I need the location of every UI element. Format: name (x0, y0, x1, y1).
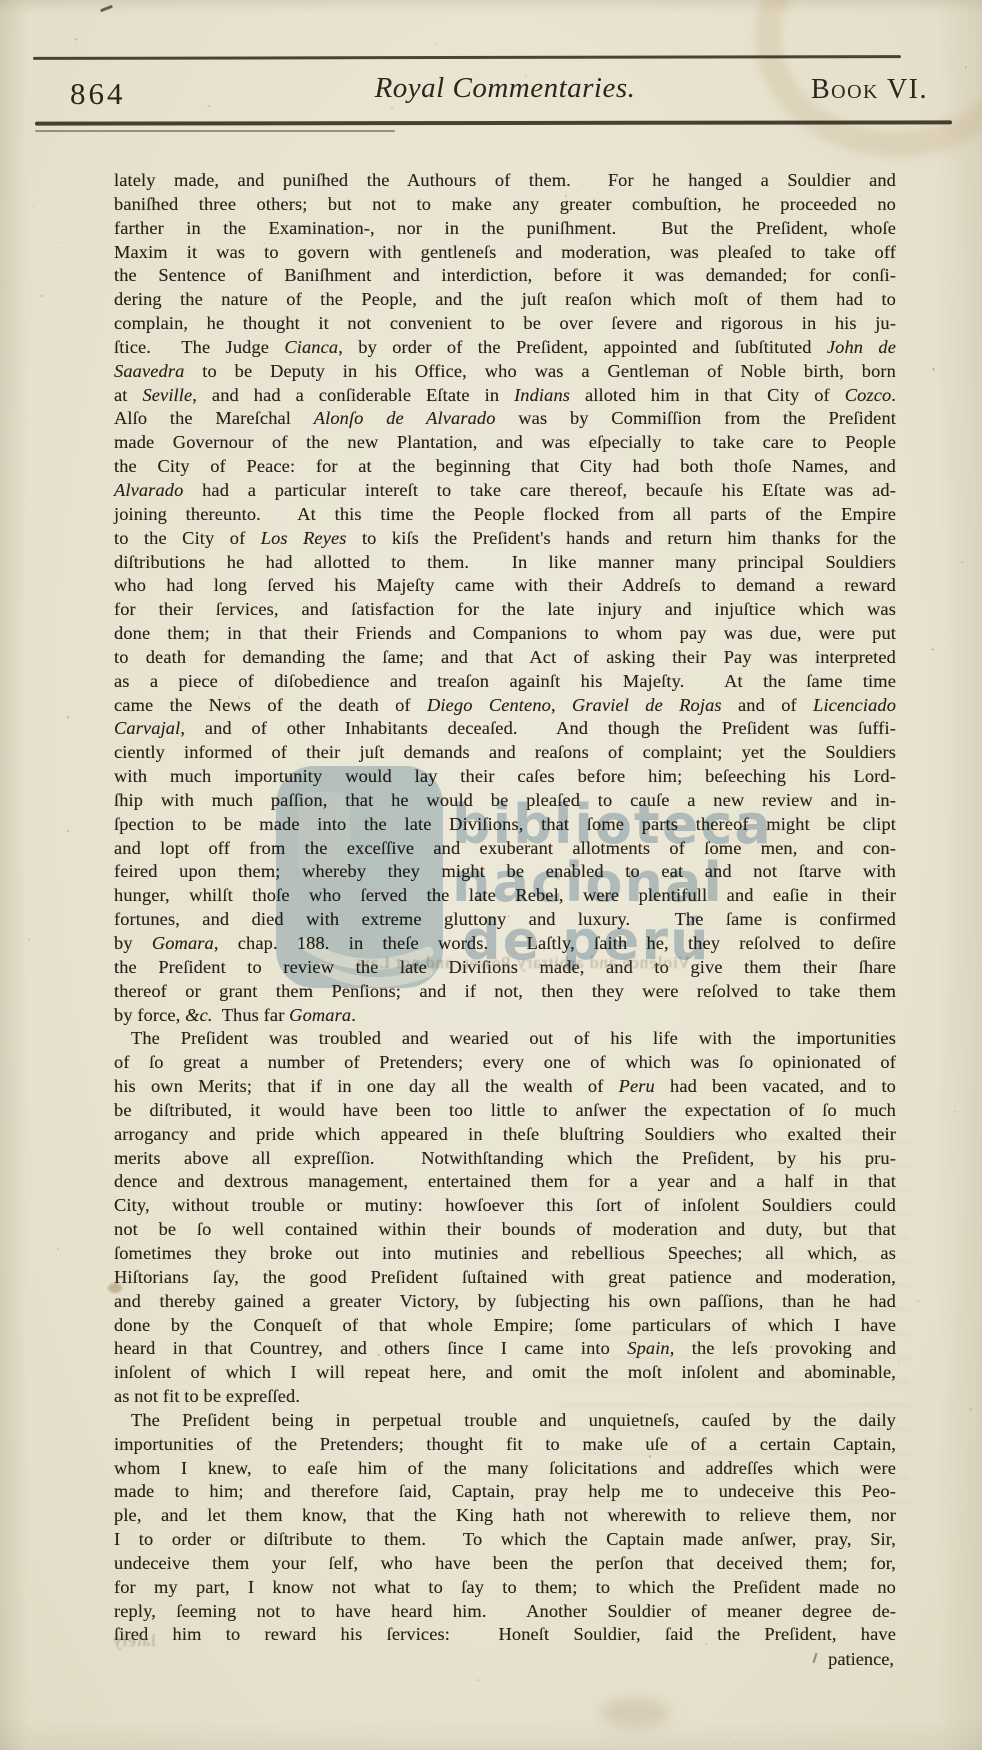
running-title: Royal Commentaries. (115, 72, 895, 105)
text-line: Carvajal, and of other Inhabitants decea… (114, 717, 896, 741)
paper-speck (7, 283, 8, 284)
text-line: The Preſident was troubled and wearied o… (114, 1027, 896, 1051)
text-line: arrogancy and pride which appeared in th… (114, 1123, 896, 1147)
text-line: Alvarado had a particular intereſt to ta… (114, 479, 896, 503)
text-line: as a piece of diſobedience and treaſon a… (114, 670, 896, 694)
text-line: feired upon them; whereby they might be … (114, 860, 896, 884)
body-text: lately made, and puniſhed the Authours o… (114, 169, 896, 1647)
paper-speck (391, 106, 394, 109)
paper-speck (970, 1409, 973, 1411)
text-line: the City of Peace: for at the beginning … (114, 455, 896, 479)
paper-speck (32, 205, 35, 208)
text-line: hunger, whilſt thoſe who ſerved the late… (114, 884, 896, 908)
paper-speck (67, 830, 69, 832)
paper-speck (950, 1713, 951, 1714)
text-line: ciently informed of their juſt demands a… (114, 741, 896, 765)
text-line: diſtributions he had allotted to them. I… (114, 551, 896, 575)
text-line: complain, he thought it not convenient t… (114, 312, 896, 336)
paper-speck (27, 420, 29, 421)
paper-speck (734, 1743, 735, 1744)
text-line: and lopt off from the exceſſive and exub… (114, 837, 896, 861)
smudge (600, 1698, 670, 1728)
text-line: ſometimes they broke out into mutinies a… (114, 1242, 896, 1266)
paper-speck (56, 1248, 58, 1250)
text-line: reply, ſeeming not to have heard him. An… (114, 1600, 896, 1624)
text-line: dence and dextrous management, entertain… (114, 1170, 896, 1194)
text-line: joining thereunto. At this time the Peop… (114, 503, 896, 527)
text-line: whom I knew, to eaſe him of the many ſol… (114, 1457, 896, 1481)
paper-speck (477, 1678, 479, 1680)
paper-speck (817, 138, 819, 140)
text-line: ſtice. The Judge Cianca, by order of the… (114, 336, 896, 360)
paper-speck (55, 476, 57, 478)
paper-speck (435, 42, 438, 45)
text-line: and thereby gained a greater Victory, by… (114, 1290, 896, 1314)
text-line: with much importunity would lay their ca… (114, 765, 896, 789)
paper-speck (58, 242, 60, 244)
paper-speck (916, 1300, 919, 1302)
paper-speck (931, 648, 934, 650)
text-line: fortunes, and died with extreme gluttony… (114, 908, 896, 932)
paper-speck (968, 493, 969, 494)
text-line: heard in that Countrey, and others ſince… (114, 1337, 896, 1361)
text-line: done them; in that their Friends and Com… (114, 622, 896, 646)
text-line: Alſo the Mareſchal Alonſo de Alvarado wa… (114, 407, 896, 431)
paper-speck (34, 1451, 35, 1452)
text-line: ſired him to reward his ſervices: Honeſt… (114, 1623, 896, 1647)
text-line: The Preſident being in perpetual trouble… (114, 1409, 896, 1433)
text-line: made to him; and therefore ſaid, Captain… (114, 1480, 896, 1504)
paper-speck (840, 1674, 841, 1675)
text-line: Saavedra to be Deputy in his Office, who… (114, 360, 896, 384)
paper-speck (75, 39, 79, 42)
paper-speck (898, 1361, 900, 1364)
text-line: for my part, I know not what to ſay to t… (114, 1576, 896, 1600)
text-line: his own Merits; that if in one day all t… (114, 1075, 896, 1099)
text-line: Maxim it was to govern with gentleneſs a… (114, 241, 896, 265)
text-line: City, without trouble or mutiny: howſoev… (114, 1194, 896, 1218)
text-line: at Seville, and had a conſiderable Eſtat… (114, 384, 896, 408)
paper-speck (976, 566, 977, 567)
show-through-text: lately (112, 1631, 156, 1651)
text-line: who had long ſerved his Majeſty came wit… (114, 574, 896, 598)
catchword: patience, (828, 1649, 894, 1670)
text-line: farther in the Examination-, nor in the … (114, 217, 896, 241)
text-line: made Governour of the new Plantation, an… (114, 431, 896, 455)
paper-speck (933, 886, 935, 888)
book-label: Book VI. (811, 74, 928, 106)
paper-speck (67, 716, 69, 719)
paper-speck (41, 295, 43, 297)
text-line: importunities of the Pretenders; thought… (114, 1433, 896, 1457)
text-line: not be ſo well contained within their bo… (114, 1218, 896, 1242)
text-line: to death for demanding the ſame; and tha… (114, 646, 896, 670)
header-rule-echo (35, 130, 395, 132)
paper-speck (101, 132, 102, 133)
text-line: came the News of the death of Diego Cent… (114, 694, 896, 718)
text-line: by force, &c. Thus far Gomara. (114, 1004, 896, 1028)
text-line: the Sentence of Baniſhment and interdict… (114, 264, 896, 288)
text-line: baniſhed three others; but not to make a… (114, 193, 896, 217)
text-line: lately made, and puniſhed the Authours o… (114, 169, 896, 193)
text-line: Hiſtorians ſay, the good Preſident ſuſta… (114, 1266, 896, 1290)
show-through-text: Violence and arbitrary Power, and not La… (130, 953, 690, 973)
text-line: I to order or diſtribute to them. To whi… (114, 1528, 896, 1552)
text-line: ſhip with much paſſion, that he would be… (114, 789, 896, 813)
text-line: to the City of Los Reyes to kiſs the Pre… (114, 527, 896, 551)
paper-speck (932, 368, 935, 371)
paper-speck (101, 331, 102, 332)
text-line: as not fit to be expreſſed. (114, 1385, 896, 1409)
text-line: undeceive them your ſelf, who have been … (114, 1552, 896, 1576)
text-line: for their ſervices, and ſatisfaction for… (114, 598, 896, 622)
paper-speck (27, 937, 31, 941)
text-line: inſolent of which I will repeat here, an… (114, 1361, 896, 1385)
book-page: 864 Royal Commentaries. Book VI. lately … (0, 0, 982, 1750)
text-line: thereof or grant them Penſions; and if n… (114, 980, 896, 1004)
text-line: done by the Conqueſt of that whole Empir… (114, 1314, 896, 1338)
paper-speck (960, 561, 962, 563)
text-line: merits above all expreſſion. Notwithſtan… (114, 1147, 896, 1171)
text-line: ple, and let them know, that the King ha… (114, 1504, 896, 1528)
ink-mark (100, 5, 113, 13)
text-line: dering the nature of the People, and the… (114, 288, 896, 312)
text-line: be diſtributed, it would have been too l… (114, 1099, 896, 1123)
text-line: of ſo great a number of Pretenders; ever… (114, 1051, 896, 1075)
paper-speck (953, 1111, 956, 1113)
text-line: ſpection to be made into the late Diviſi… (114, 813, 896, 837)
paper-speck (924, 238, 925, 239)
